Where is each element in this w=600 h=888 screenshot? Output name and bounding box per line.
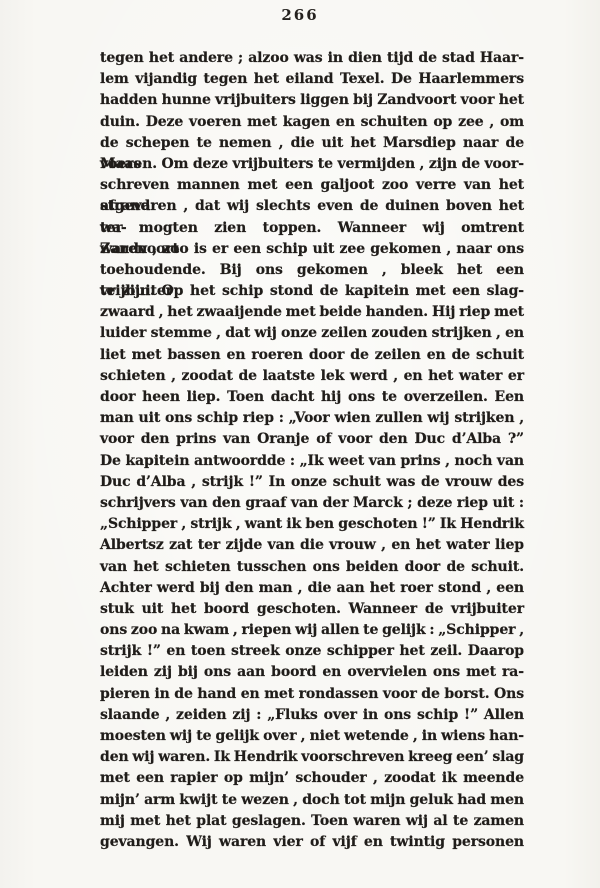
text-line: „Schipper , strijk , want ik ben geschot… [100,514,524,535]
text-line: hadden hunne vrijbuiters liggen bij Zand… [100,90,524,111]
text-line: met een rapier op mijn’ schouder , zooda… [100,768,524,789]
text-line: strijk !” en toen streek onze schipper h… [100,641,524,662]
text-line: De kapitein antwoordde : „Ik weet van pr… [100,451,524,472]
book-page: 266 tegen het andere ; alzoo was in dien… [0,0,600,888]
text-line: ter mogten zien toppen. Wanneer wij omtr… [100,218,524,239]
text-line: door heen liep. Toen dacht hij ons te ov… [100,387,524,408]
text-line: zwaard , het zwaaijende met beide handen… [100,302,524,323]
text-line: leiden zij bij ons aan boord en overviel… [100,662,524,683]
text-line: afgevaren , dat wij slechts even de duin… [100,196,524,217]
text-line: mij met het plat geslagen. Toen waren wi… [100,811,524,832]
text-line: den wij waren. Ik Hendrik voorschreven k… [100,747,524,768]
text-line: Albertsz zat ter zijde van die vrouw , e… [100,535,524,556]
text-line: man uit ons schip riep : „Voor wien zull… [100,408,524,429]
text-line: moesten wij te gelijk over , niet wetend… [100,726,524,747]
text-line: stuk uit het boord geschoten. Wanneer de… [100,599,524,620]
text-line: schrijvers van den graaf van der Marck ;… [100,493,524,514]
text-line: waren , zoo is er een schip uit zee geko… [100,239,524,260]
text-line: voor den prins van Oranje of voor den Du… [100,429,524,450]
text-line: liet met bassen en roeren door de zeilen… [100,345,524,366]
text-line: voeren. Om deze vrijbuiters te vermijden… [100,154,524,175]
text-line: lem vijandig tegen het eiland Texel. De … [100,69,524,90]
text-line: duin. Deze voeren met kagen en schuiten … [100,112,524,133]
text-line: van het schieten tusschen ons beiden doo… [100,557,524,578]
text-line: gevangen. Wij waren vier of vijf en twin… [100,832,524,853]
text-line: schreven mannen met een galjoot zoo verr… [100,175,524,196]
text-line: de schepen te nemen , die uit het Marsdi… [100,133,524,154]
text-line: schieten , zoodat de laatste lek werd , … [100,366,524,387]
text-line: Duc d’Alba , strijk !” In onze schuit wa… [100,472,524,493]
text-line: Achter werd bij den man , die aan het ro… [100,578,524,599]
text-line: mijn’ arm kwijt te wezen , doch tot mijn… [100,790,524,811]
text-line: pieren in de hand en met rondassen voor … [100,684,524,705]
page-number: 266 [0,6,600,24]
text-line: toehoudende. Bij ons gekomen , bleek het… [100,260,524,281]
text-line: slaande , zeiden zij : „Fluks over in on… [100,705,524,726]
text-line: luider stemme , dat wij onze zeilen zoud… [100,323,524,344]
text-line: ons zoo na kwam , riepen wij allen te ge… [100,620,524,641]
text-line: tegen het andere ; alzoo was in dien tij… [100,48,524,69]
body-text-block: tegen het andere ; alzoo was in dien tij… [100,48,524,853]
text-line: te zijn. Op het schip stond de kapitein … [100,281,524,302]
